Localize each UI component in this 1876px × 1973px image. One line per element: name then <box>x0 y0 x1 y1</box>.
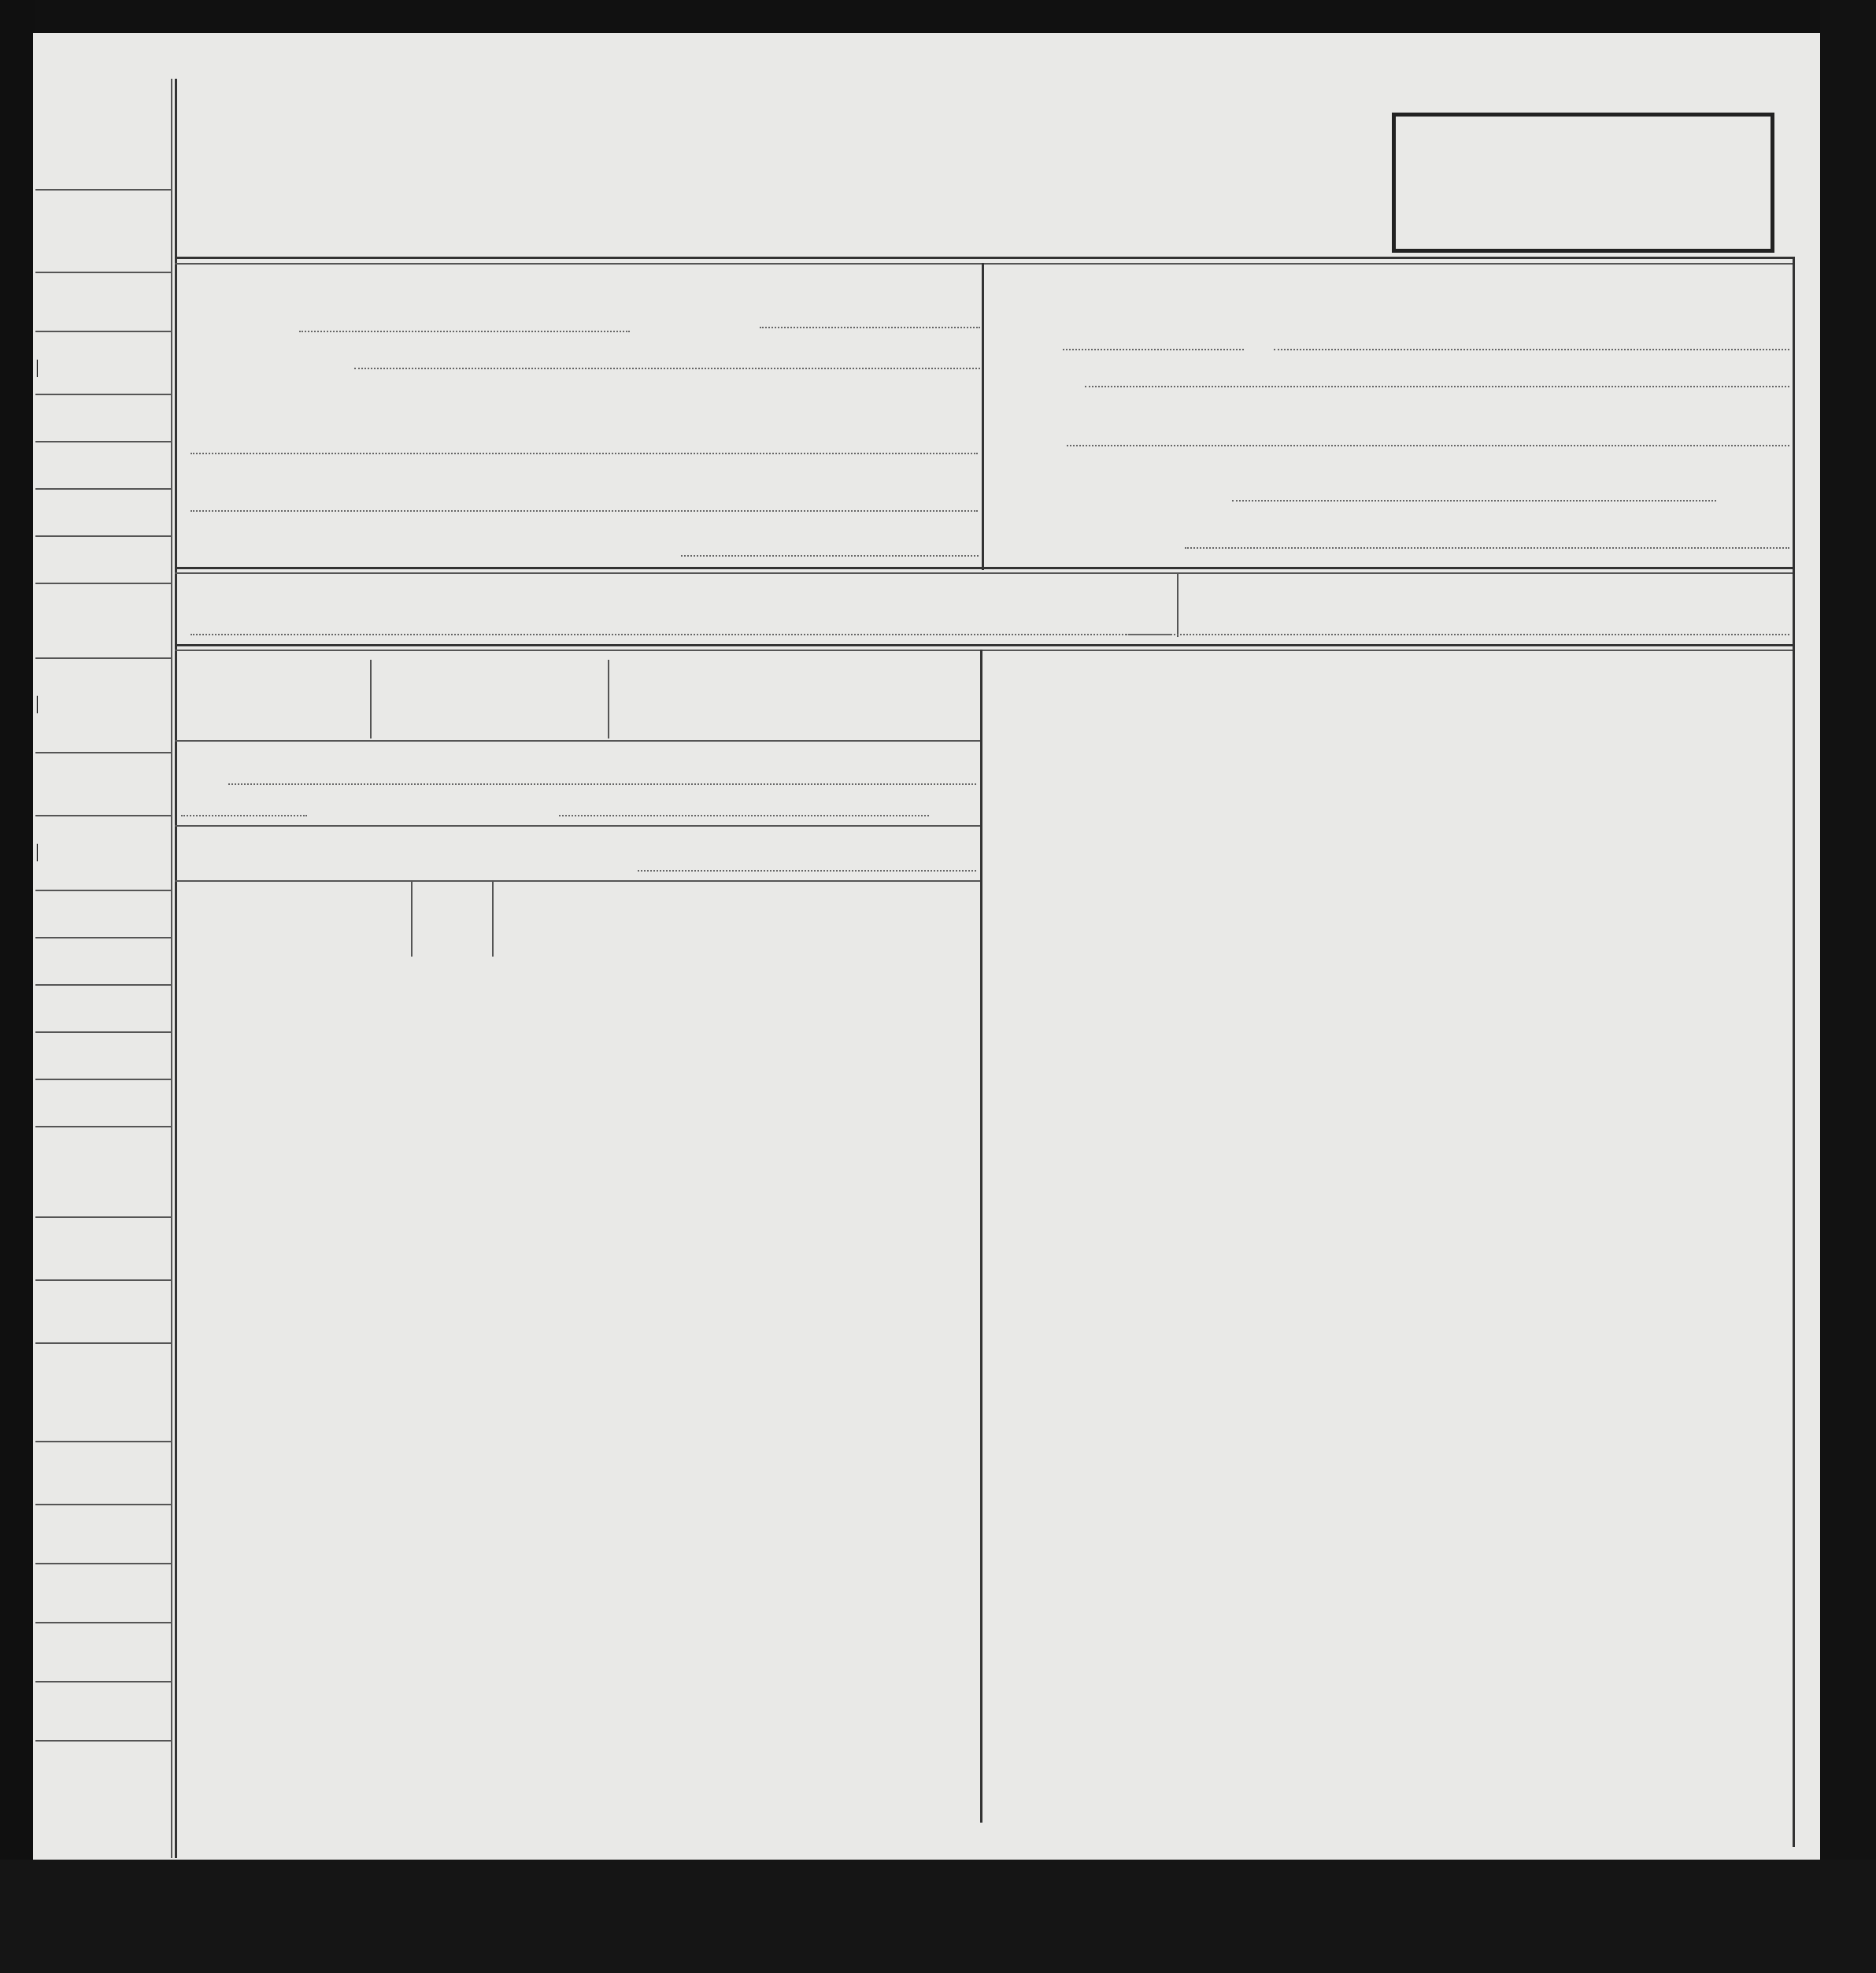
stub-place-of-death <box>35 189 83 233</box>
stub-date-of-death: | <box>35 671 39 715</box>
scan-border-left <box>0 0 35 1973</box>
stub-residence: | <box>35 335 39 379</box>
scan-border-right <box>1820 0 1876 1973</box>
state-office-box <box>1392 113 1774 253</box>
death-certificate <box>33 33 1820 1860</box>
stub-duration-illness: | <box>35 819 39 863</box>
stub-accident-time <box>35 1153 83 1197</box>
scan-border-bottom <box>0 1860 1876 1973</box>
